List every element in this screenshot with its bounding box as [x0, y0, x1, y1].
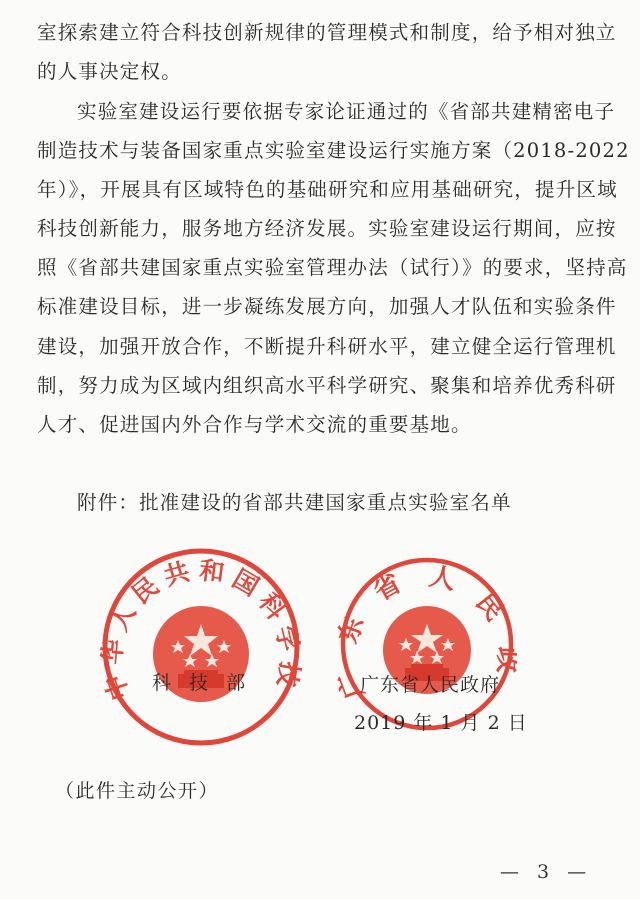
attachment-line: 附件：批准建设的省部共建国家重点实验室名单 [77, 487, 512, 515]
text-line: 室探索建立符合科技创新规律的管理模式和制度，给予相对独立 [37, 21, 603, 45]
text-line: 的人事决定权。 [37, 60, 603, 84]
seal-emblem-icon: 中华人民共和国科学技术部 [100, 546, 302, 748]
issue-date: 2019 年 1 月 2 日 [354, 708, 528, 735]
ministry-seal: 中华人民共和国科学技术部 [100, 546, 302, 748]
document-page: 室探索建立符合科技创新规律的管理模式和制度，给予相对独立 的人事决定权。 实验室… [0, 0, 640, 899]
seal-emblem-icon: 广东省人民政府 [337, 554, 517, 734]
text-line: 照《省部共建国家重点实验室管理办法（试行）》的要求，坚持高 [37, 256, 603, 280]
text-line: 建设，加强开放合作，不断提升科研水平，建立健全运行管理机 [37, 335, 603, 359]
disclosure-note: （此件主动公开） [55, 776, 219, 803]
text-line: 科技创新能力，服务地方经济发展。实验室建设运行期间，应按 [37, 217, 603, 241]
provincial-government-seal: 广东省人民政府 [337, 554, 517, 734]
page-number: — 3 — [500, 861, 592, 883]
text-line: 年）》，开展具有区域特色的基础研究和应用基础研究，提升区域 [37, 178, 603, 202]
text-line: 制，努力成为区域内组织高水平科学研究、聚集和培养优秀科研 [37, 374, 603, 398]
text-line: 标准建设目标，进一步凝练发展方向，加强人才队伍和实验条件 [37, 295, 603, 319]
text-line: 实验室建设运行要依据专家论证通过的《省部共建精密电子 [77, 100, 603, 124]
right-signer: 广东省人民政府 [360, 670, 500, 697]
text-line: 制造技术与装备国家重点实验室建设运行实施方案（2018-2022 [37, 139, 603, 163]
left-signer: 科 技 部 [152, 668, 251, 695]
text-line: 人才、促进国内外合作与学术交流的重要基地。 [37, 413, 603, 437]
